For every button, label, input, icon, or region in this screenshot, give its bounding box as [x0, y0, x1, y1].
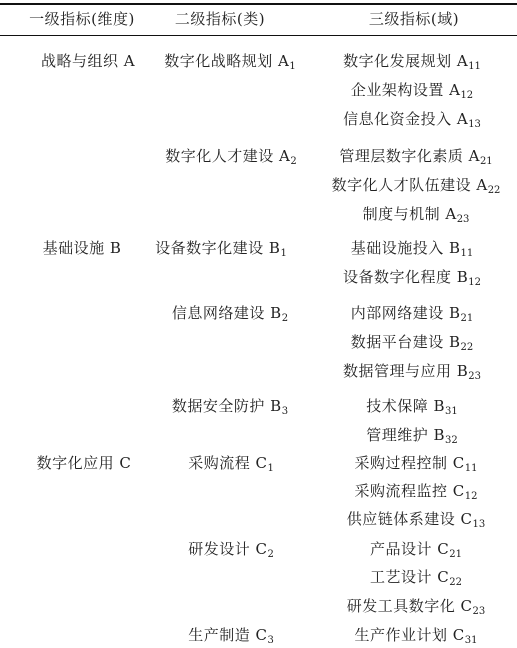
level3-cell-text: 工艺设计 C — [370, 568, 449, 586]
level2-cell-text: 设备数字化建设 B — [155, 239, 280, 257]
level3-cell-subscript: 12 — [460, 90, 473, 101]
level3-cell-subscript: 22 — [488, 185, 501, 196]
level3-cell-text: 技术保障 B — [366, 397, 445, 415]
level3-cell-subscript: 21 — [480, 156, 493, 167]
level3-cell: 管理维护 B32 — [366, 426, 458, 444]
level3-cell-text: 生产作业计划 C — [355, 626, 465, 644]
level3-cell-subscript: 31 — [465, 635, 478, 646]
level3-cell: 信息化资金投入 A13 — [343, 110, 481, 128]
level2-cell-text: 数字化人才建设 A — [165, 147, 290, 165]
level3-cell: 数据管理与应用 B23 — [343, 362, 481, 380]
level2-cell-text: 采购流程 C — [188, 454, 267, 472]
level2-cell: 数字化人才建设 A2 — [165, 147, 296, 165]
level2-cell-text: 生产制造 C — [188, 626, 267, 644]
level2-cell-text: 信息网络建设 B — [172, 304, 282, 322]
level3-cell-subscript: 11 — [465, 463, 478, 474]
level3-cell-text: 制度与机制 A — [363, 205, 457, 223]
level3-cell-text: 数据管理与应用 B — [343, 362, 468, 380]
level3-cell-subscript: 13 — [468, 119, 481, 130]
level3-cell-subscript: 32 — [445, 435, 458, 446]
level3-cell: 数字化发展规划 A11 — [343, 52, 481, 70]
level3-cell-text: 企业架构设置 A — [351, 81, 461, 99]
level3-cell: 采购流程监控 C12 — [355, 482, 478, 500]
header-rule — [0, 35, 517, 36]
top-rule — [0, 3, 517, 5]
level3-cell-text: 研发工具数字化 C — [347, 597, 473, 615]
level3-cell: 设备数字化程度 B12 — [343, 268, 481, 286]
level3-cell: 内部网络建设 B21 — [351, 304, 474, 322]
level3-cell-text: 数字化发展规划 A — [343, 52, 468, 70]
level3-cell-subscript: 21 — [449, 549, 462, 560]
level3-cell: 工艺设计 C22 — [370, 568, 462, 586]
level2-cell-text: 数字化战略规划 A — [164, 52, 289, 70]
level3-cell-subscript: 21 — [461, 313, 474, 324]
level3-cell-text: 管理维护 B — [366, 426, 445, 444]
level3-cell-subscript: 23 — [473, 606, 486, 617]
level3-cell-subscript: 31 — [445, 406, 458, 417]
level3-cell-subscript: 11 — [468, 61, 481, 72]
level3-cell-text: 采购过程控制 C — [355, 454, 465, 472]
level3-cell: 采购过程控制 C11 — [355, 454, 478, 472]
level3-cell-text: 基础设施投入 B — [351, 239, 461, 257]
level3-cell-subscript: 13 — [473, 519, 486, 530]
level3-cell: 企业架构设置 A12 — [351, 81, 473, 99]
level2-cell: 生产制造 C3 — [188, 626, 274, 644]
level3-cell: 供应链体系建设 C13 — [347, 510, 485, 528]
level3-cell-text: 管理层数字化素质 A — [339, 147, 480, 165]
level2-cell-subscript: 3 — [282, 406, 288, 417]
level2-cell-subscript: 2 — [267, 549, 273, 560]
level3-cell: 技术保障 B31 — [366, 397, 458, 415]
level1-cell: 数字化应用 C — [37, 454, 132, 472]
level3-cell-subscript: 12 — [465, 491, 478, 502]
level2-cell: 研发设计 C2 — [188, 540, 274, 558]
level1-cell-text: 基础设施 B — [43, 239, 122, 257]
level1-cell: 基础设施 B — [43, 239, 122, 257]
level2-cell-subscript: 2 — [290, 156, 296, 167]
level3-cell-text: 信息化资金投入 A — [343, 110, 468, 128]
level2-cell: 数据安全防护 B3 — [172, 397, 288, 415]
level3-cell: 数据平台建设 B22 — [351, 333, 474, 351]
level3-cell: 数字化人才队伍建设 A22 — [332, 176, 501, 194]
level3-cell-subscript: 22 — [461, 342, 474, 353]
level3-cell-text: 内部网络建设 B — [351, 304, 461, 322]
level3-cell-subscript: 22 — [449, 577, 462, 588]
level3-cell-text: 数据平台建设 B — [351, 333, 461, 351]
level2-cell: 采购流程 C1 — [188, 454, 274, 472]
level3-cell: 基础设施投入 B11 — [351, 239, 474, 257]
level3-cell-text: 采购流程监控 C — [355, 482, 465, 500]
level2-cell: 设备数字化建设 B1 — [155, 239, 287, 257]
level3-cell-subscript: 23 — [468, 371, 481, 382]
header-level2: 二级指标(类) — [175, 10, 265, 28]
level3-cell-text: 供应链体系建设 C — [347, 510, 473, 528]
level2-cell-text: 数据安全防护 B — [172, 397, 282, 415]
level2-cell-subscript: 1 — [267, 463, 273, 474]
level3-cell-subscript: 12 — [468, 277, 481, 288]
level2-cell-subscript: 2 — [282, 313, 288, 324]
header-level3: 三级指标(域) — [369, 10, 459, 28]
level3-cell-subscript: 11 — [461, 248, 474, 259]
level3-cell-text: 产品设计 C — [370, 540, 449, 558]
level3-cell: 制度与机制 A23 — [363, 205, 470, 223]
level1-cell: 战略与组织 A — [41, 52, 135, 70]
level2-cell-subscript: 3 — [267, 635, 273, 646]
level3-cell-subscript: 23 — [457, 214, 470, 225]
level3-cell: 生产作业计划 C31 — [355, 626, 478, 644]
header-level1: 一级指标(维度) — [29, 10, 135, 28]
level3-cell: 管理层数字化素质 A21 — [339, 147, 492, 165]
level3-cell-text: 设备数字化程度 B — [343, 268, 468, 286]
level2-cell-text: 研发设计 C — [188, 540, 267, 558]
level3-cell: 研发工具数字化 C23 — [347, 597, 485, 615]
level2-cell-subscript: 1 — [280, 248, 286, 259]
level2-cell: 数字化战略规划 A1 — [164, 52, 295, 70]
level3-cell-text: 数字化人才队伍建设 A — [332, 176, 488, 194]
level2-cell: 信息网络建设 B2 — [172, 304, 288, 322]
level1-cell-text: 战略与组织 A — [41, 52, 135, 70]
level1-cell-text: 数字化应用 C — [37, 454, 132, 472]
level2-cell-subscript: 1 — [289, 61, 295, 72]
level3-cell: 产品设计 C21 — [370, 540, 462, 558]
